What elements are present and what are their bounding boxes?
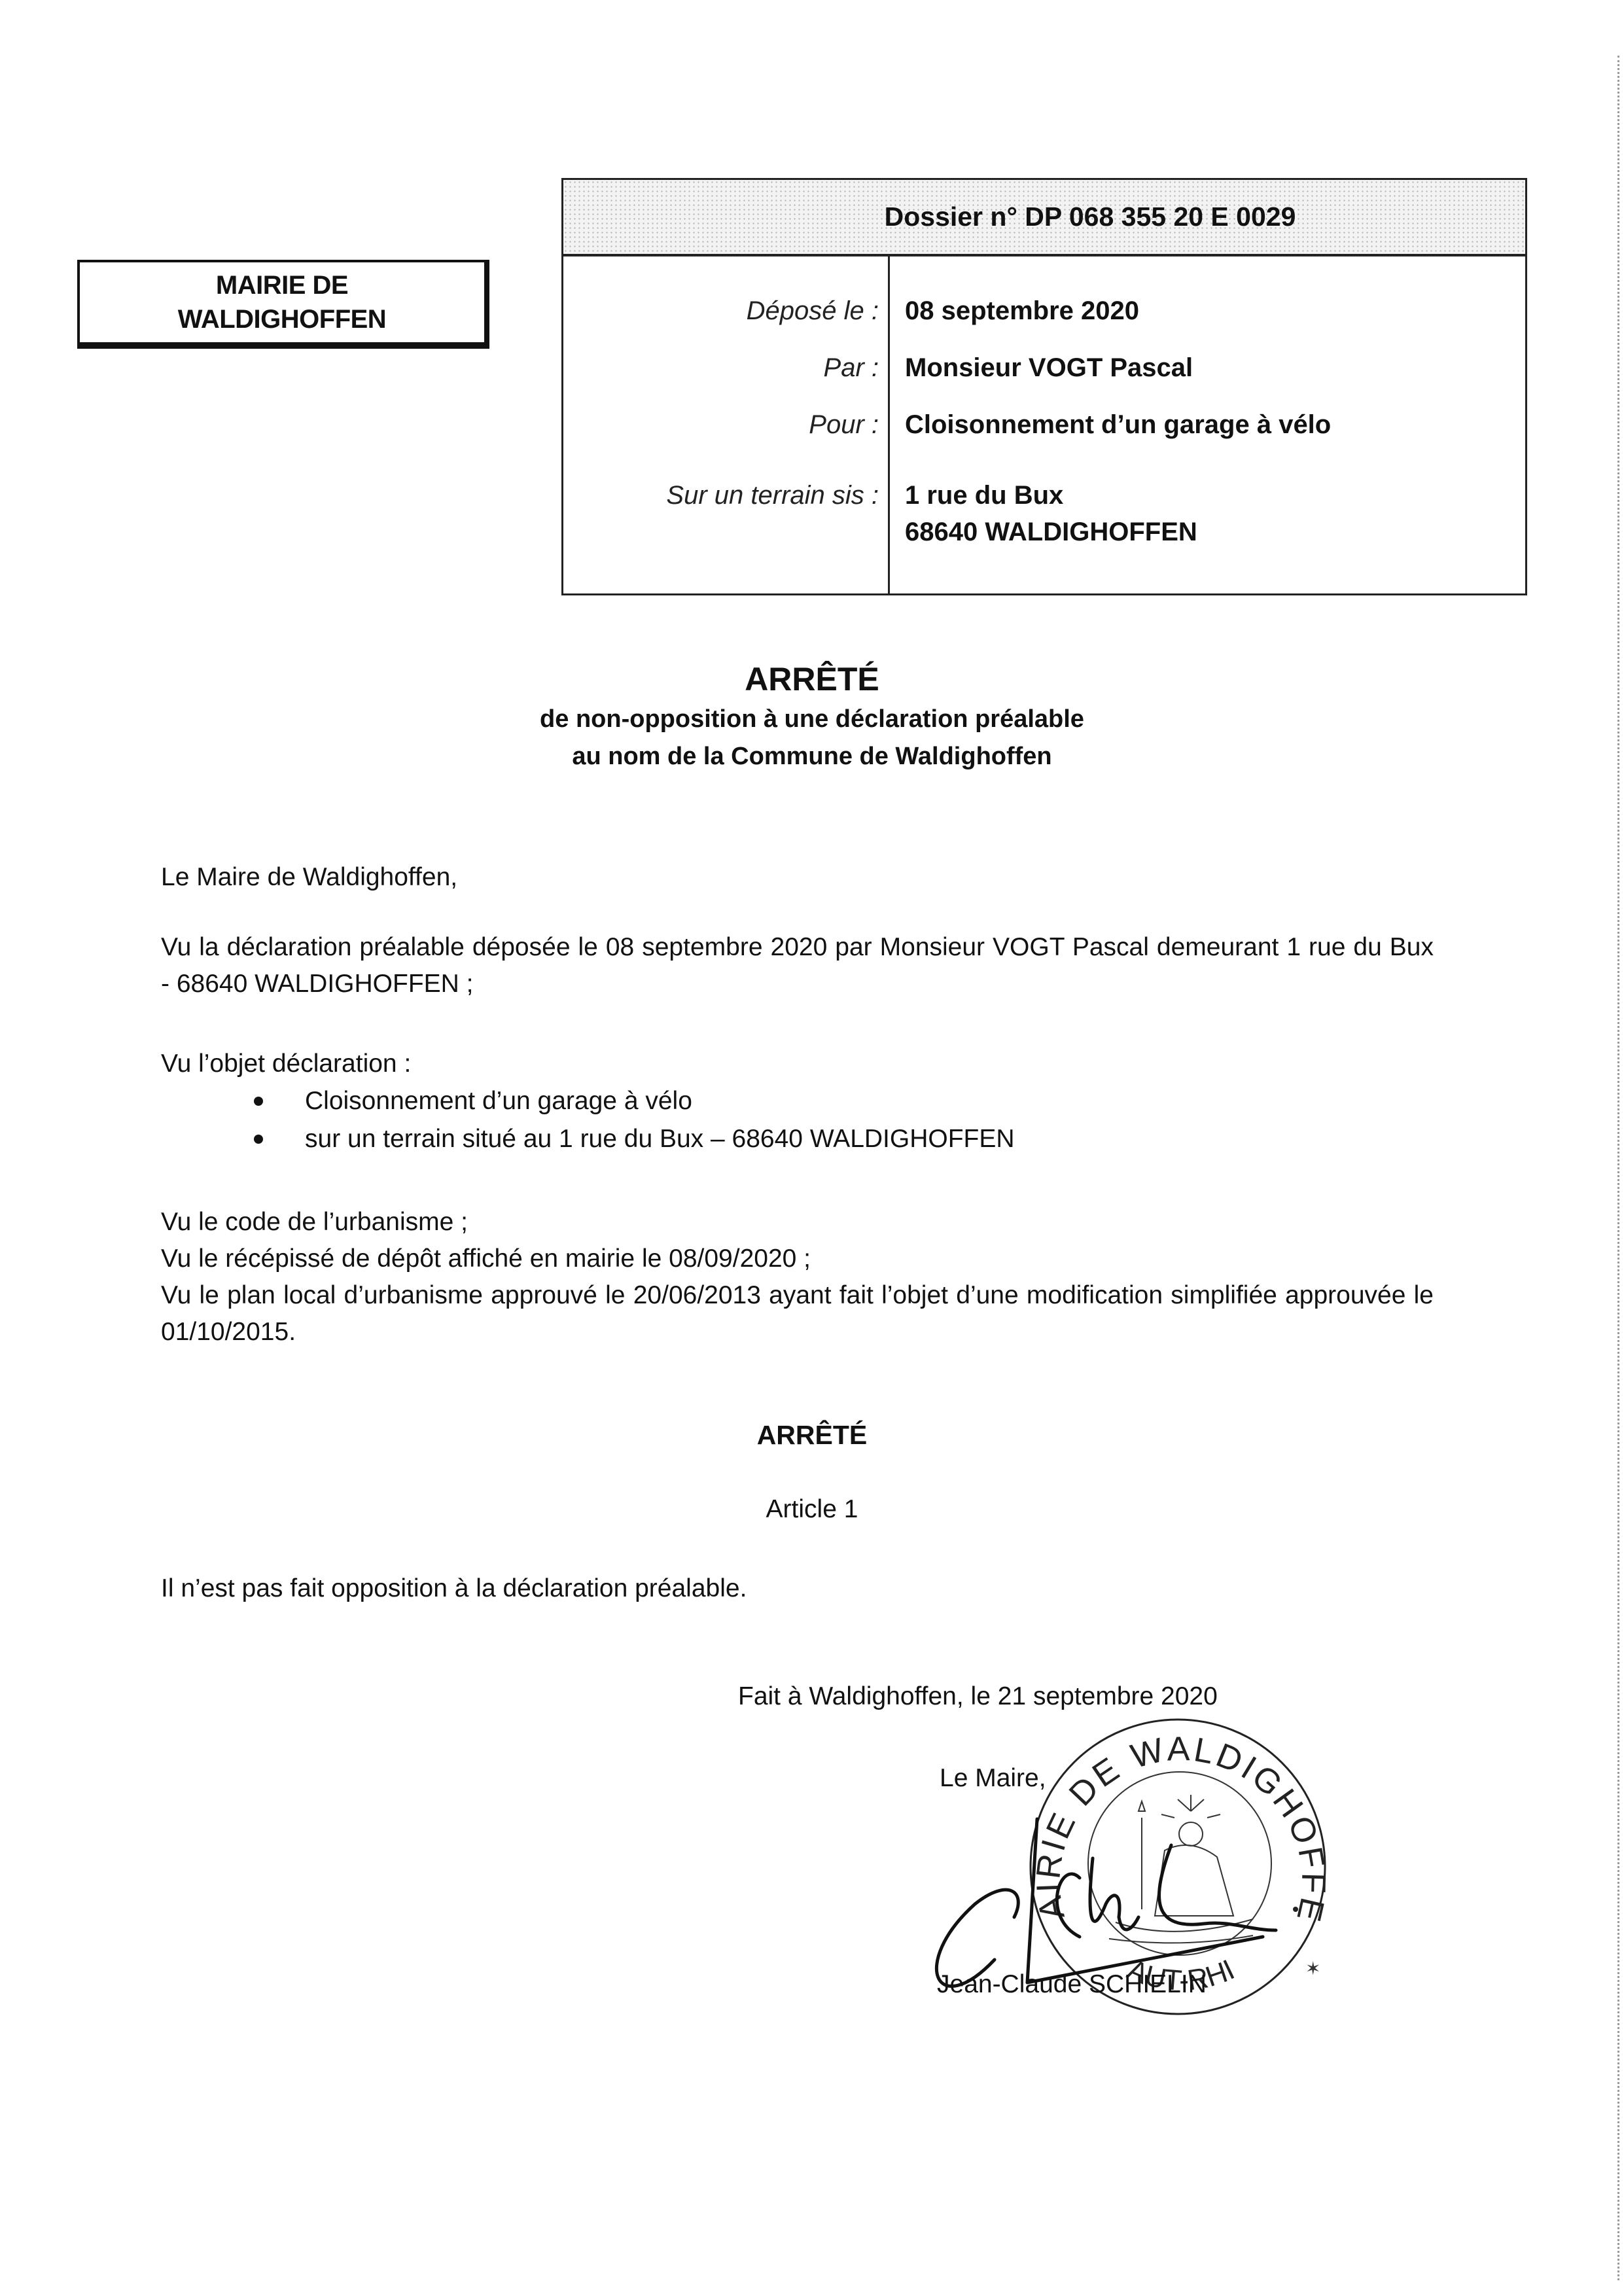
document-subtitle-line-1: de non-opposition à une déclaration préa… [0, 701, 1624, 738]
bullet-icon [254, 1135, 263, 1144]
address-line-2: 68640 WALDIGHOFFEN [905, 518, 1197, 546]
row-value: 08 septembre 2020 [905, 292, 1139, 329]
row-label: Pour : [565, 406, 879, 443]
decision-heading: ARRÊTÉ [0, 1420, 1624, 1451]
article-1-text: Il n’est pas fait opposition à la déclar… [161, 1570, 1434, 1607]
dossier-body: Déposé le : 08 septembre 2020 Par : Mons… [563, 256, 1525, 593]
document-title: ARRÊTÉ [0, 658, 1624, 701]
list-item: Cloisonnement d’un garage à vélo [161, 1082, 1434, 1120]
row-value: 1 rue du Bux 68640 WALDIGHOFFEN [905, 477, 1197, 550]
document-title-block: ARRÊTÉ de non-opposition à une déclarati… [0, 658, 1624, 775]
vu-declaration-paragraph: Vu la déclaration préalable déposée le 0… [161, 929, 1434, 1002]
place-and-date: Fait à Waldighoffen, le 21 septembre 202… [738, 1678, 1218, 1715]
objet-list: Cloisonnement d’un garage à vélo sur un … [161, 1082, 1434, 1158]
document-subtitle-line-2: au nom de la Commune de Waldighoffen [0, 738, 1624, 775]
opening-text: Le Maire de Waldighoffen, [161, 859, 1434, 896]
dossier-header: Dossier n° DP 068 355 20 E 0029 [563, 180, 1525, 256]
page-edge-dotted-line [1617, 56, 1619, 2280]
list-item-text: sur un terrain situé au 1 rue du Bux – 6… [305, 1125, 1015, 1153]
list-item-text: Cloisonnement d’un garage à vélo [305, 1087, 692, 1115]
mairie-line-1: MAIRIE DE [216, 268, 348, 302]
opening-line: Le Maire de Waldighoffen, [161, 859, 1434, 896]
signatory-name: Jean-Claude SCHIELIN [937, 1966, 1207, 2003]
dossier-number: Dossier n° DP 068 355 20 E 0029 [793, 202, 1296, 232]
article-1-section: Il n’est pas fait opposition à la déclar… [161, 1570, 1434, 1607]
vu-recepisse-text: Vu le récépissé de dépôt affiché en mair… [161, 1241, 1434, 1277]
article-label: Article 1 [0, 1495, 1624, 1524]
mairie-header-box: MAIRIE DE WALDIGHOFFEN [77, 260, 489, 349]
column-divider [888, 256, 890, 593]
vu-references-section: Vu le code de l’urbanisme ; Vu le récépi… [161, 1204, 1434, 1351]
mairie-line-2: WALDIGHOFFEN [178, 302, 386, 336]
row-label: Par : [565, 349, 879, 386]
address-line-1: 1 rue du Bux [905, 481, 1063, 510]
dossier-table: Dossier n° DP 068 355 20 E 0029 Déposé l… [561, 178, 1527, 595]
vu-declaration-text: Vu la déclaration préalable déposée le 0… [161, 929, 1434, 1002]
row-label: Déposé le : [565, 292, 879, 329]
bullet-icon [254, 1097, 263, 1106]
row-label: Sur un terrain sis : [565, 477, 879, 514]
vu-objet-text: Vu l’objet déclaration : [161, 1046, 1434, 1082]
vu-plu-text: Vu le plan local d’urbanisme approuvé le… [161, 1277, 1434, 1351]
vu-objet-section: Vu l’objet déclaration : Cloisonnement d… [161, 1046, 1434, 1158]
row-value: Monsieur VOGT Pascal [905, 349, 1193, 386]
vu-code-text: Vu le code de l’urbanisme ; [161, 1204, 1434, 1241]
list-item: sur un terrain situé au 1 rue du Bux – 6… [161, 1120, 1434, 1158]
row-value: Cloisonnement d’un garage à vélo [905, 406, 1331, 443]
